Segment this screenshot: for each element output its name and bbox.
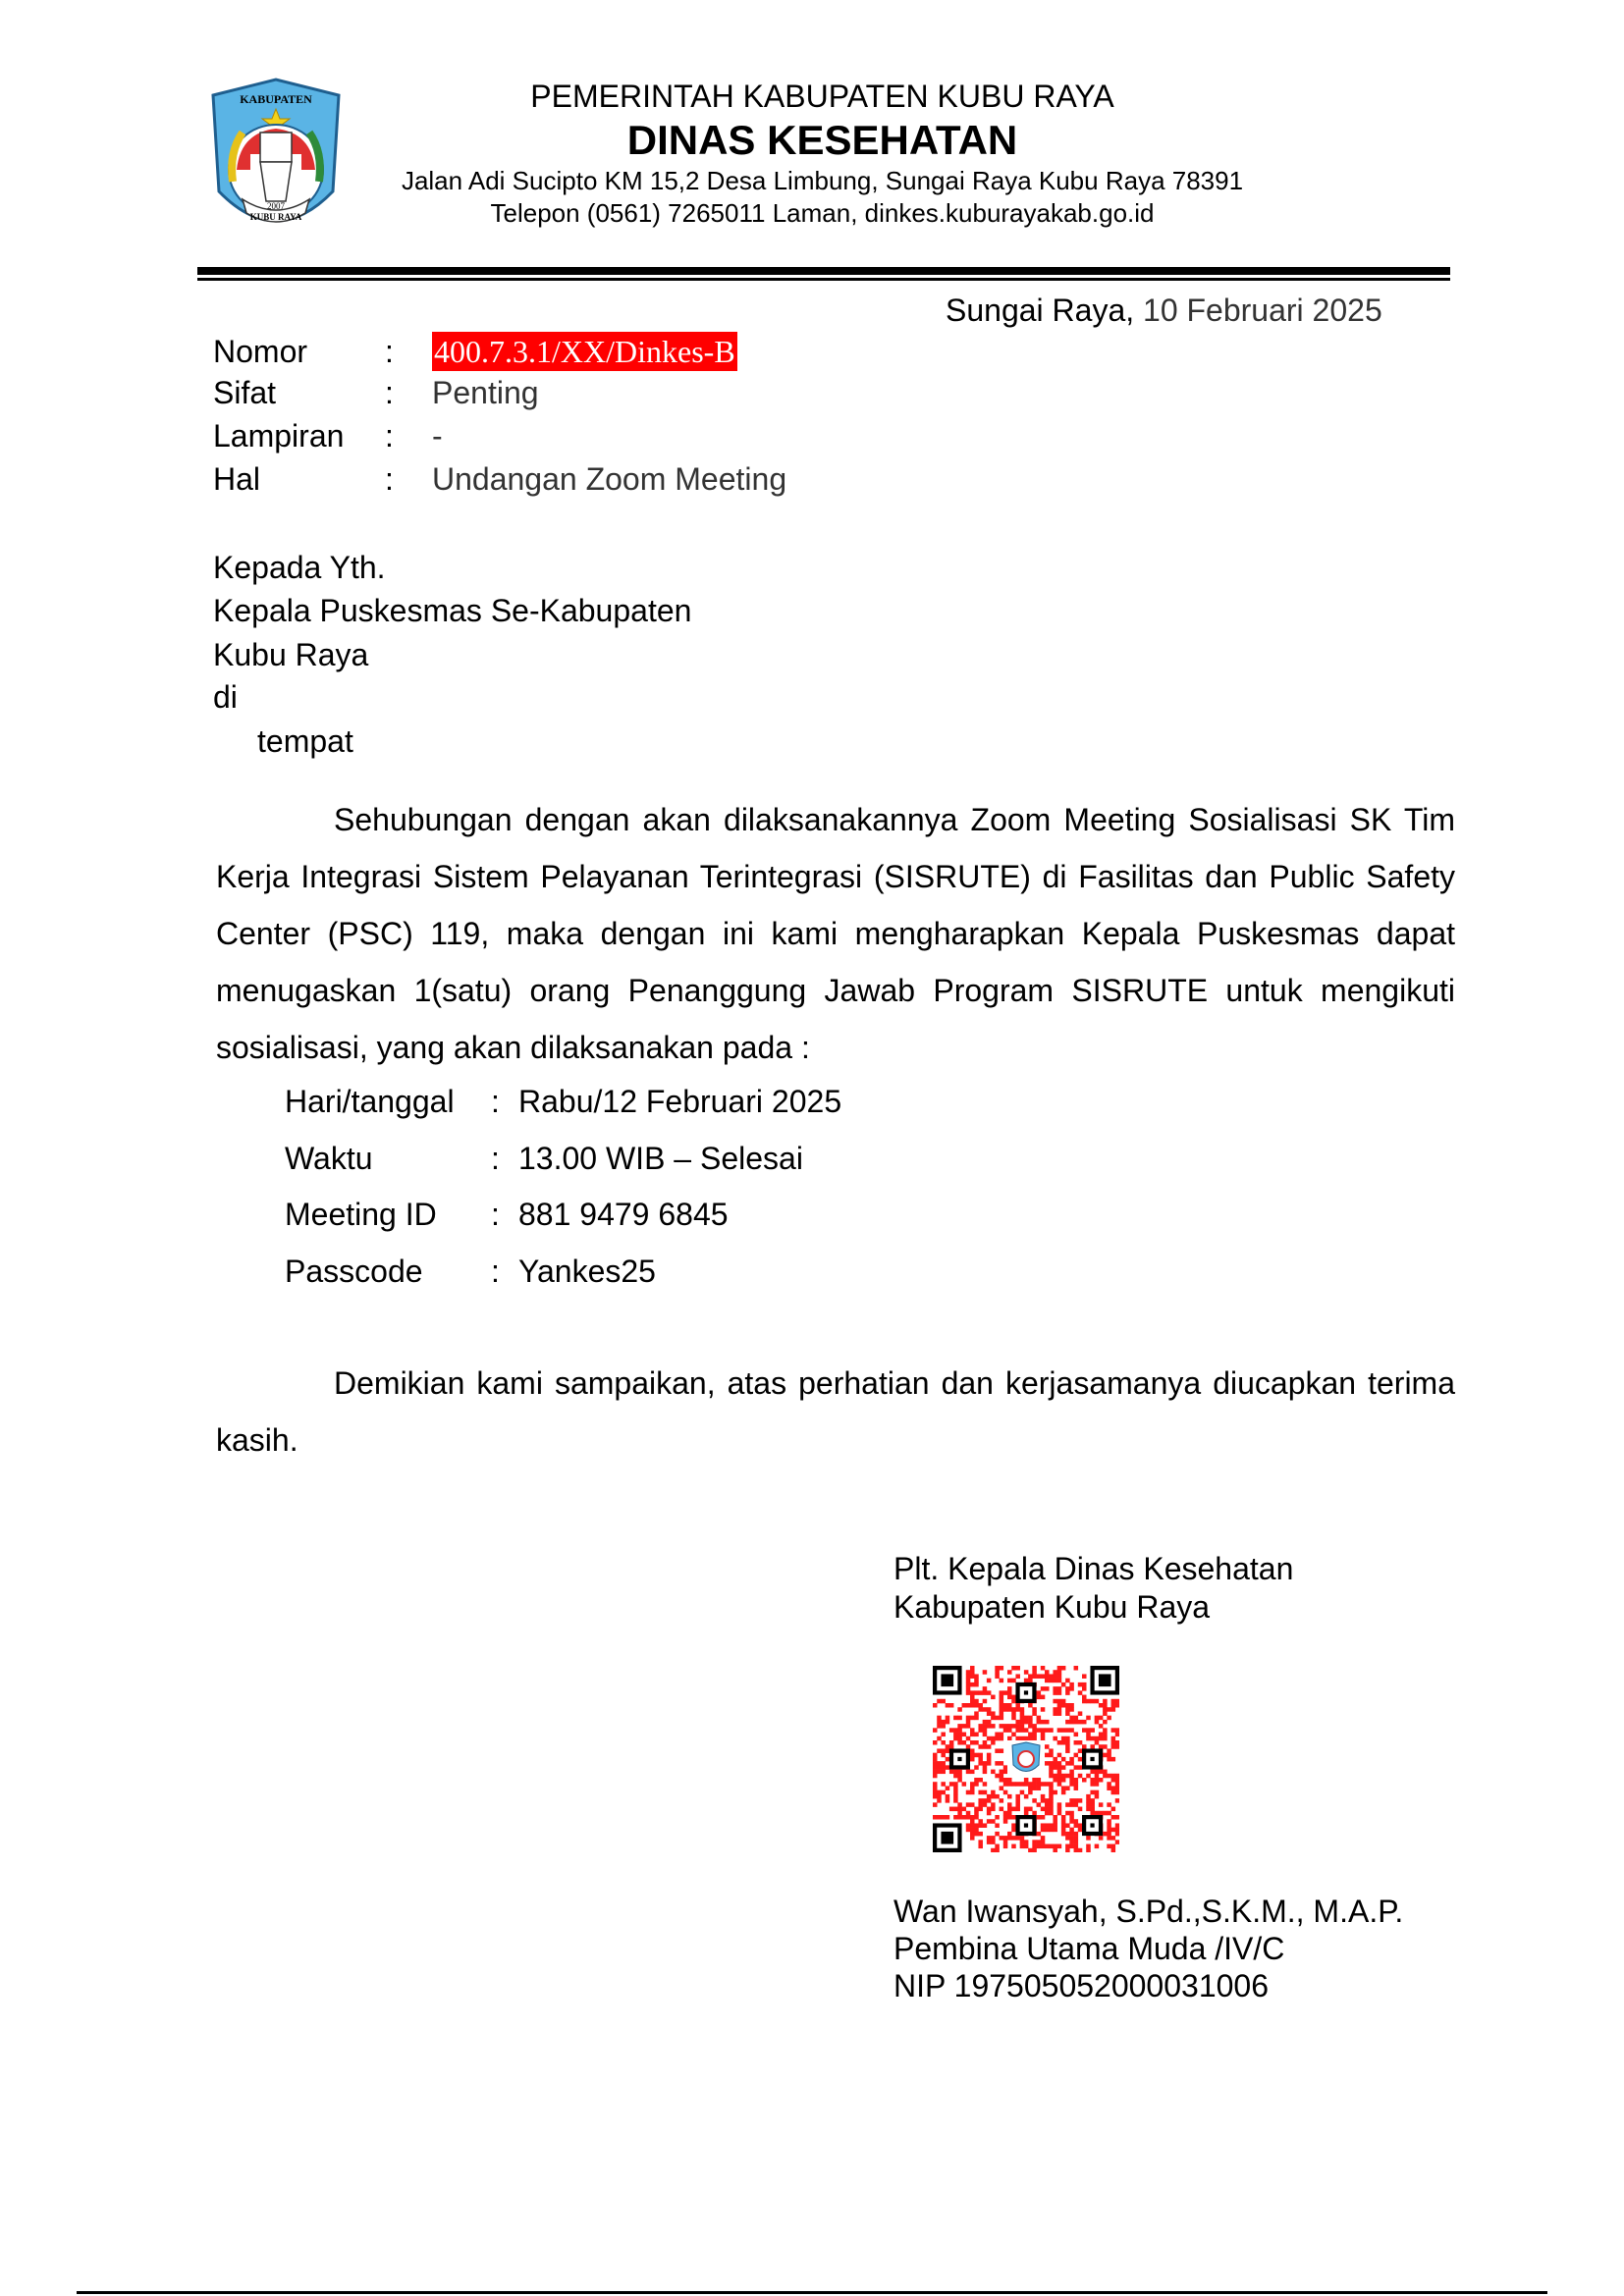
meeting-id-value: 881 9479 6845 [518, 1195, 729, 1234]
detail-row-passcode: Passcode : Yankes25 [285, 1252, 656, 1291]
detail-row-time: Waktu : 13.00 WIB – Selesai [285, 1139, 803, 1178]
svg-text:KUBU RAYA: KUBU RAYA [250, 212, 302, 222]
signatory-nip: NIP 197505052000031006 [893, 1966, 1269, 2005]
meta-row-sifat: Sifat : Penting [213, 373, 539, 412]
letterhead-government: PEMERINTAH KABUPATEN KUBU RAYA [353, 77, 1291, 116]
qr-code-signature-icon [933, 1666, 1119, 1852]
body-paragraph-text: Sehubungan dengan akan dilaksanakannya Z… [216, 802, 1455, 1065]
letter-number: 400.7.3.1/XX/Dinkes-B [432, 332, 737, 371]
kabupaten-logo-icon: KABUPATEN 2007 KUBU RAYA [203, 74, 349, 245]
detail-row-meeting-id: Meeting ID : 881 9479 6845 [285, 1195, 729, 1234]
addressee-line: Kubu Raya [213, 635, 368, 674]
svg-text:KABUPATEN: KABUPATEN [240, 92, 312, 106]
meta-value: Penting [432, 373, 539, 412]
meta-colon: : [385, 373, 432, 412]
addressee-line: tempat [257, 721, 353, 761]
detail-label: Waktu [285, 1139, 491, 1178]
meta-row-lampiran: Lampiran : - [213, 416, 443, 455]
meta-label: Nomor [213, 332, 385, 371]
date-place: Sungai Raya, [946, 293, 1134, 328]
detail-colon: : [491, 1195, 518, 1234]
detail-label: Passcode [285, 1252, 491, 1291]
letterhead-divider-thin [197, 278, 1450, 281]
body-paragraph: Sehubungan dengan akan dilaksanakannya Z… [216, 791, 1455, 1076]
meta-label: Sifat [213, 373, 385, 412]
passcode-value: Yankes25 [518, 1252, 656, 1291]
closing-paragraph: Demikian kami sampaikan, atas perhatian … [216, 1355, 1455, 1468]
meta-value: Undangan Zoom Meeting [432, 459, 786, 499]
meta-colon: : [385, 332, 432, 371]
detail-colon: : [491, 1082, 518, 1121]
signatory-name: Wan Iwansyah, S.Pd.,S.K.M., M.A.P. [893, 1892, 1403, 1931]
letterhead-divider-thick [197, 267, 1450, 275]
addressee-line: Kepada Yth. [213, 548, 386, 587]
meta-label: Lampiran [213, 416, 385, 455]
letterhead-contact: Telepon (0561) 7265011 Laman, dinkes.kub… [353, 197, 1291, 229]
detail-colon: : [491, 1252, 518, 1291]
letterhead-agency: DINAS KESEHATAN [353, 116, 1291, 165]
signatory-rank: Pembina Utama Muda /IV/C [893, 1929, 1284, 1968]
detail-value: Rabu/12 Februari 2025 [518, 1082, 841, 1121]
signatory-office: Kabupaten Kubu Raya [893, 1587, 1210, 1627]
detail-label: Meeting ID [285, 1195, 491, 1234]
detail-label: Hari/tanggal [285, 1082, 491, 1121]
meta-row-hal: Hal : Undangan Zoom Meeting [213, 459, 786, 499]
detail-row-date: Hari/tanggal : Rabu/12 Februari 2025 [285, 1082, 841, 1121]
meta-value: - [432, 416, 443, 455]
detail-value: 13.00 WIB – Selesai [518, 1139, 803, 1178]
signatory-title: Plt. Kepala Dinas Kesehatan [893, 1549, 1293, 1588]
svg-text:2007: 2007 [267, 201, 286, 211]
letter-date: Sungai Raya, 10 Februari 2025 [946, 291, 1382, 330]
footer-divider [77, 2291, 1547, 2294]
addressee-line: Kepala Puskesmas Se-Kabupaten [213, 591, 691, 630]
addressee-line: di [213, 677, 238, 717]
meta-colon: : [385, 459, 432, 499]
meta-colon: : [385, 416, 432, 455]
letterhead-address: Jalan Adi Sucipto KM 15,2 Desa Limbung, … [353, 165, 1291, 196]
meta-row-nomor: Nomor : 400.7.3.1/XX/Dinkes-B [213, 332, 737, 371]
meta-label: Hal [213, 459, 385, 499]
detail-colon: : [491, 1139, 518, 1178]
date-value: 10 Februari 2025 [1143, 293, 1382, 328]
closing-text: Demikian kami sampaikan, atas perhatian … [216, 1365, 1455, 1458]
